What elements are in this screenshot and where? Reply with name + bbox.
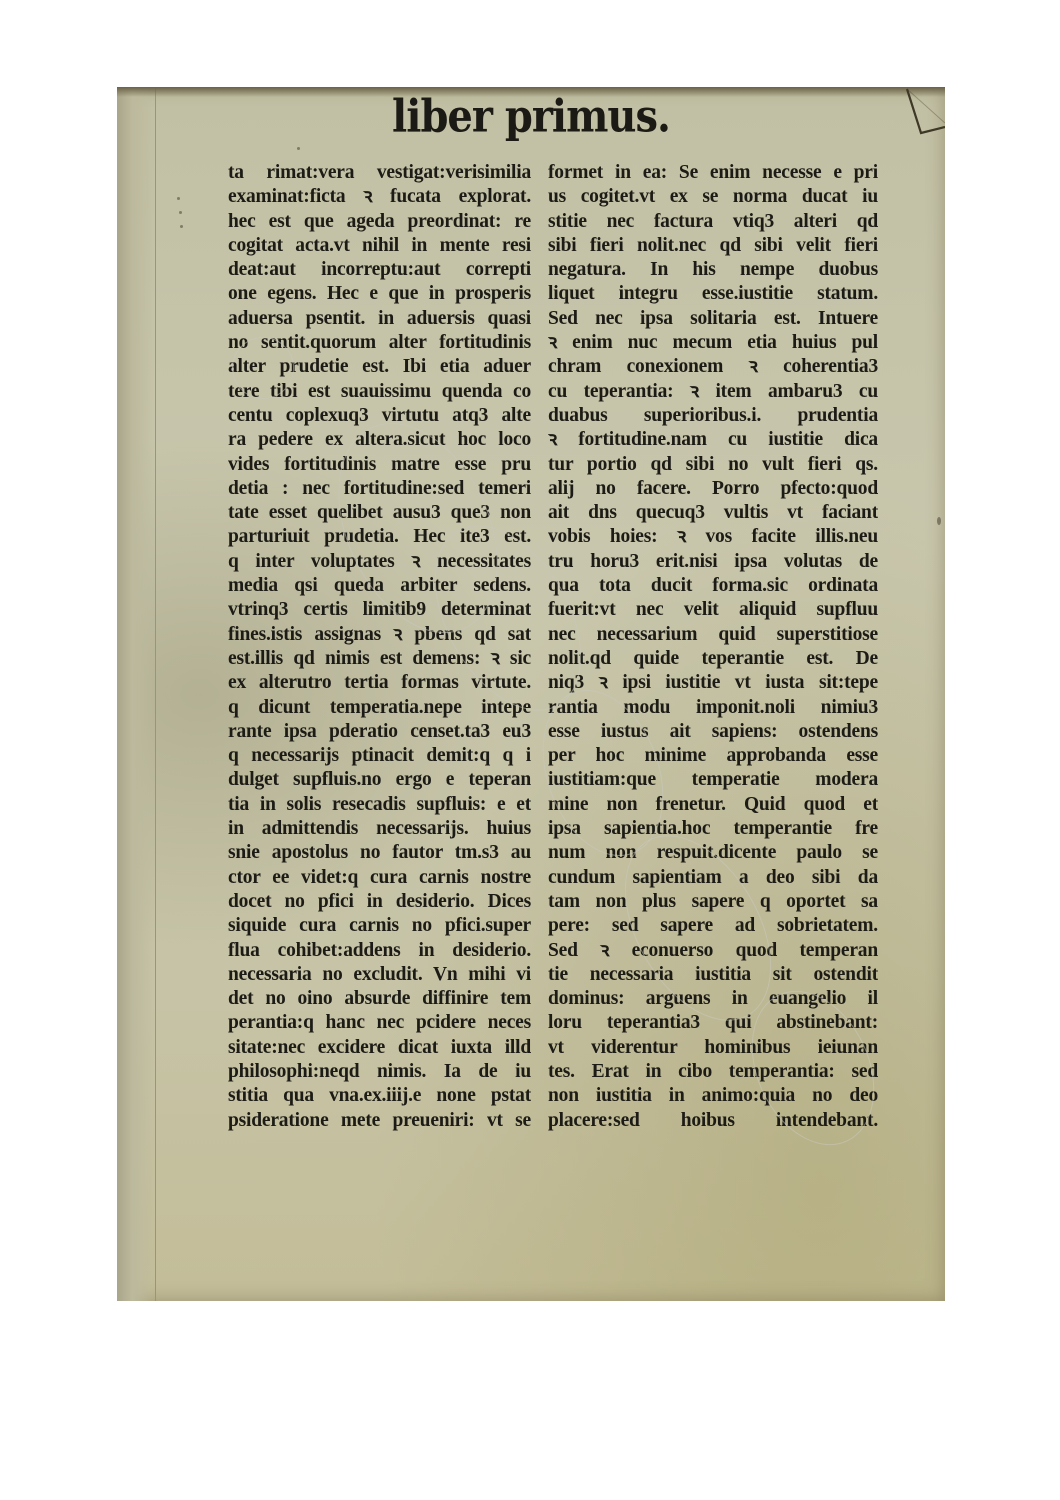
text-line: siquide cura carnis no pfici.super [228, 914, 531, 938]
text-line: mine non frenetur. Quid quod et [548, 793, 878, 817]
text-line: tate esset quelibet ausu3 que3 non [228, 501, 531, 525]
text-column-left: ta rimat:vera vestigat:verisimiliaexamin… [228, 161, 531, 1133]
text-line: philosophi:neqd nimis. Ia de iu [228, 1060, 531, 1084]
text-line: stitie nec factura vtiq3 alteri qd [548, 210, 878, 234]
text-line: est.illis qd nimis est demens: ꝛ sic [228, 647, 531, 671]
text-line: necessaria no excludit. Vn mihi vi [228, 963, 531, 987]
text-line: vt viderentur hominibus ieiunan [548, 1036, 878, 1060]
text-line: num non respuit.dicente paulo se [548, 841, 878, 865]
text-line: Sed ꝛ econuerso quod temperan [548, 939, 878, 963]
text-line: placere:sed hoibus intendebant. [548, 1109, 878, 1133]
text-line: loru teperantia3 qui abstinebant: [548, 1011, 878, 1035]
text-line: q necessarijs ptinacit demit:q q i [228, 744, 531, 768]
text-line: in admittendis necessarijs. huius [228, 817, 531, 841]
text-line: dominus: arguens in euangelio il [548, 987, 878, 1011]
text-line: duabus superioribus.i. prudentia [548, 404, 878, 428]
text-line: ra pedere ex altera.sicut hoc loco [228, 428, 531, 452]
text-line: cu teperantia: ꝛ item ambaru3 cu [548, 380, 878, 404]
text-line: tere tibi est suauissimu quenda co [228, 380, 531, 404]
text-line: deat:aut incorreptu:aut correpti [228, 258, 531, 282]
text-line: formet in ea: Se enim necesse e pri [548, 161, 878, 185]
paper-speck [297, 147, 300, 150]
text-line: fines.istis assignas ꝛ pbens qd sat [228, 623, 531, 647]
text-line: iustitiam:que temperatie modera [548, 768, 878, 792]
text-line: no sentit.quorum alter fortitudinis [228, 331, 531, 355]
text-line: tia in solis resecadis supfluis: e et [228, 793, 531, 817]
text-line: ta rimat:vera vestigat:verisimilia [228, 161, 531, 185]
text-line: detia : nec fortitudine:sed temeri [228, 477, 531, 501]
text-line: vides fortitudinis matre esse pru [228, 453, 531, 477]
text-line: rantia modu imponit.noli nimiu3 [548, 696, 878, 720]
text-line: media qsi queda arbiter sedens. [228, 574, 531, 598]
text-line: qua tota ducit forma.sic ordinata [548, 574, 878, 598]
text-line: snie apostolus no fautor tm.s3 au [228, 841, 531, 865]
book-page-scan: liber primus. ta rimat:vera vestigat:ver… [117, 87, 945, 1301]
text-line: esse iustus ait sapiens: ostendens [548, 720, 878, 744]
text-column-right: formet in ea: Se enim necesse e prius co… [548, 161, 878, 1133]
text-line: examinat:ficta ꝛ fucata explorat. [228, 185, 531, 209]
text-line: aduersa psentit. in aduersis quasi [228, 307, 531, 331]
text-line: perantia:q hanc nec pcidere neces [228, 1011, 531, 1035]
text-line: chram conexionem ꝛ coherentia3 [548, 355, 878, 379]
text-line: ctor ee videt:q cura carnis nostre [228, 866, 531, 890]
text-line: cundum sapientiam a deo sibi da [548, 866, 878, 890]
text-line: q dicunt temperatia.nepe intepe [228, 696, 531, 720]
text-line: liquet integru esse.iustitie statum. [548, 282, 878, 306]
text-line: nec necessarium quid superstitiose [548, 623, 878, 647]
text-line: dulget supfluis.no ergo e teperan [228, 768, 531, 792]
text-line: vtrinq3 certis limitib9 determinat [228, 598, 531, 622]
text-line: flua cohibet:addens in desiderio. [228, 939, 531, 963]
text-line: ait dns quecuq3 vultis vt faciant [548, 501, 878, 525]
text-line: alter prudetie est. Ibi etia aduer [228, 355, 531, 379]
text-line: non iustitia in animo:quia no deo [548, 1084, 878, 1108]
text-line: Sed nec ipsa solitaria est. Intuere [548, 307, 878, 331]
text-line: pere: sed sapere ad sobrietatem. [548, 914, 878, 938]
text-line: parturiuit prudetia. Hec ite3 est. [228, 525, 531, 549]
text-line: fuerit:vt nec velit aliquid supfluu [548, 598, 878, 622]
text-line: vobis hoies: ꝛ vos facite illis.neu [548, 525, 878, 549]
paper-speck [180, 225, 183, 228]
text-line: cogitat acta.vt nihil in mente resi [228, 234, 531, 258]
text-line: alij no facere. Porro pfecto:quod [548, 477, 878, 501]
text-line: sitate:nec excidere dicat iuxta illd [228, 1036, 531, 1060]
paper-speck [179, 211, 182, 214]
text-line: ꝛ enim nuc mecum etia huius pul [548, 331, 878, 355]
text-line: ipsa sapientia.hoc temperantie fre [548, 817, 878, 841]
running-head: liber primus. [117, 90, 945, 143]
text-line: nolit.qd quide teperantie est. De [548, 647, 878, 671]
text-line: docet no pfici in desiderio. Dices [228, 890, 531, 914]
text-line: niq3 ꝛ ipsi iustitie vt iusta sit:tepe [548, 671, 878, 695]
text-line: ꝛ fortitudine.nam cu iustitie dica [548, 428, 878, 452]
text-line: tur portio qd sibi no vult fieri qs. [548, 453, 878, 477]
text-line: det no oino absurde diffinire tem [228, 987, 531, 1011]
page-gutter-shadow [117, 87, 156, 1301]
text-line: tes. Erat in cibo temperantia: sed [548, 1060, 878, 1084]
text-line: stitia qua vna.ex.iiij.e none pstat [228, 1084, 531, 1108]
text-line: tru horu3 erit.nisi ipsa volutas de [548, 550, 878, 574]
text-line: rante ipsa pderatio censet.ta3 eu3 [228, 720, 531, 744]
text-line: psideratione mete preueniri: vt se [228, 1109, 531, 1133]
paper-speck [177, 197, 180, 200]
text-line: centu coplexuq3 virtutu atq3 alte [228, 404, 531, 428]
paper-speck [937, 517, 941, 525]
text-line: q inter voluptates ꝛ necessitates [228, 550, 531, 574]
text-line: one egens. Hec e que in prosperis [228, 282, 531, 306]
text-line: tie necessaria iustitia sit ostendit [548, 963, 878, 987]
text-line: per hoc minime approbanda esse [548, 744, 878, 768]
text-line: us cogitet.vt ex se norma ducat iu [548, 185, 878, 209]
text-line: hec est que ageda preordinat: re [228, 210, 531, 234]
text-line: negatura. In his nempe duobus [548, 258, 878, 282]
text-line: tam non plus sapere q oportet sa [548, 890, 878, 914]
text-line: ex alterutro tertia formas virtute. [228, 671, 531, 695]
text-line: sibi fieri nolit.nec qd sibi velit fieri [548, 234, 878, 258]
